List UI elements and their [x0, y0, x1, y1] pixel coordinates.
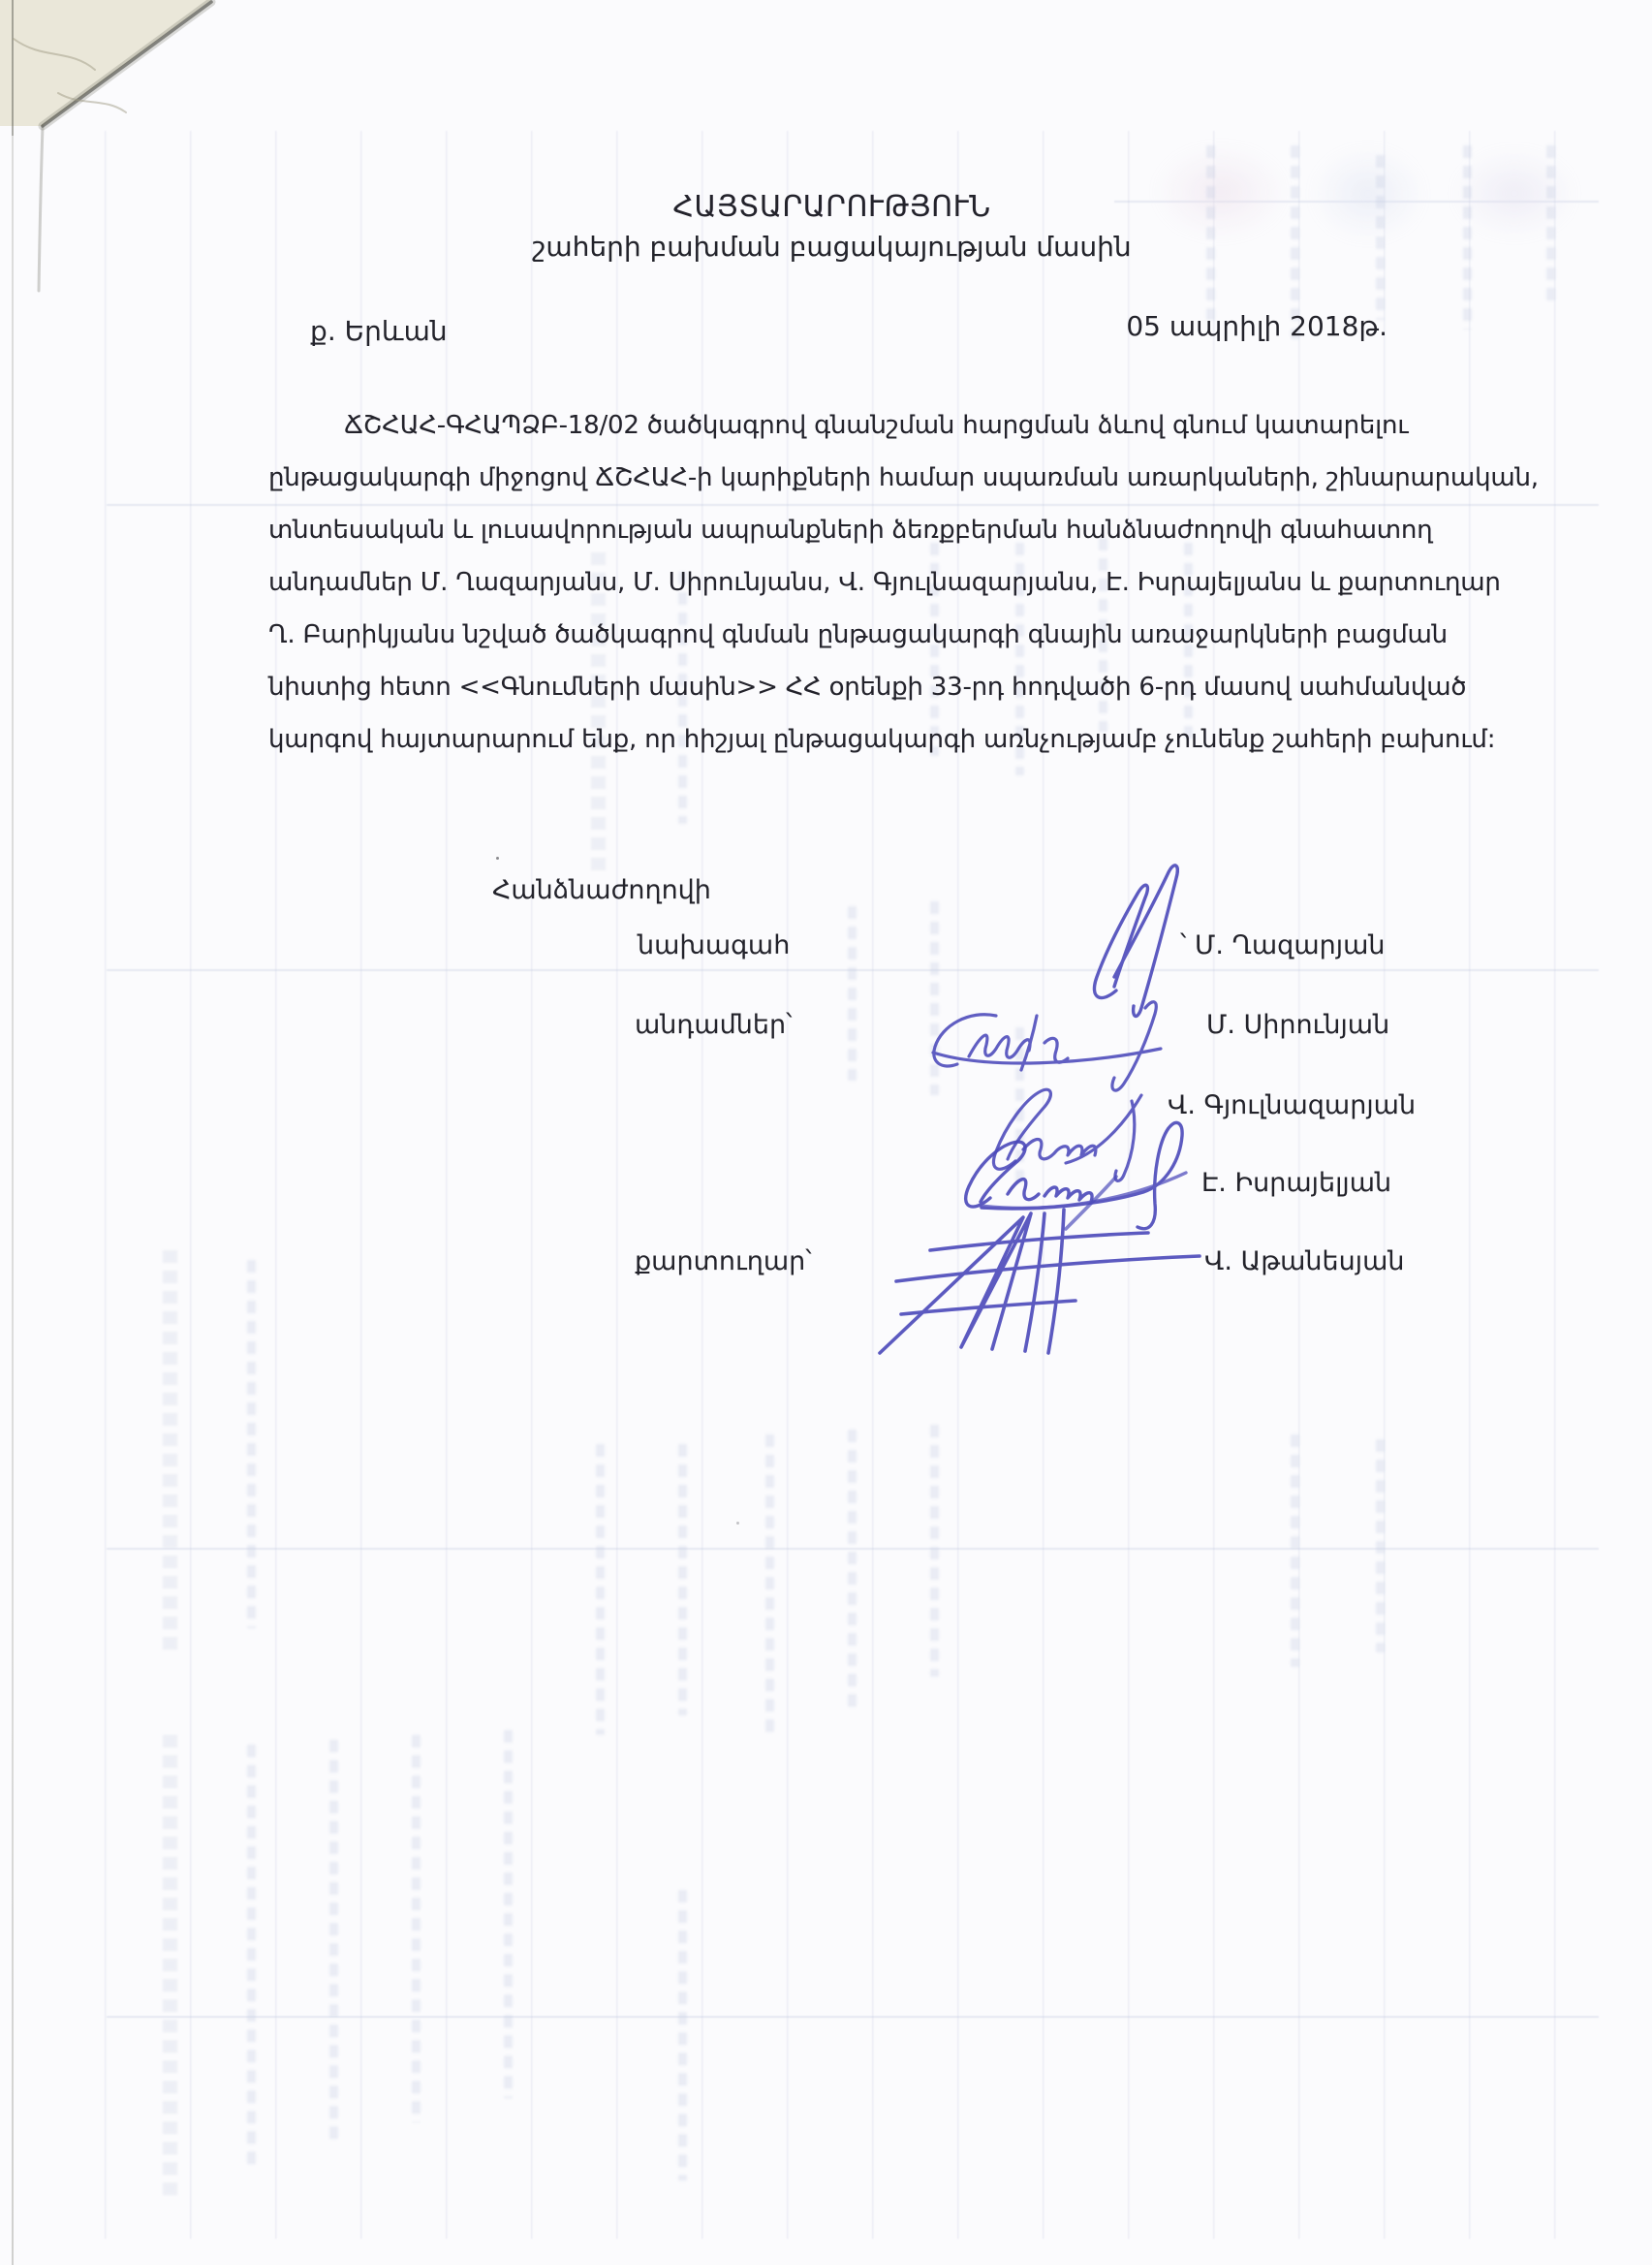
ghost-digits [329, 1740, 338, 2147]
paper-speck [736, 1522, 739, 1525]
ghost-digits [1463, 145, 1472, 330]
body-paragraph: ՃՇՀԱՀ-ԳՀԱՊՁԲ-18/02 ծածկագրով գնանշման հա… [268, 399, 1395, 766]
ghost-text-column [163, 1250, 177, 1657]
ghost-digits [848, 1430, 857, 1711]
ghost-digits [596, 1444, 605, 1735]
signer-name-ghazaryan: ՝ Մ. Ղազարյան [1180, 930, 1385, 960]
declaration-subtitle: շահերի բախման բացակայության մասին [268, 231, 1395, 263]
signature-ink-sirunyan [933, 1002, 1161, 1090]
ghost-digits [1291, 1434, 1299, 1667]
ghost-digits [765, 1434, 774, 1735]
bleed-through-table-layer [0, 0, 1652, 2265]
signer-name-sirunyan: Մ. Սիրունյան [1206, 1010, 1389, 1040]
ghost-text-column [163, 1735, 177, 2200]
signature-ink-ghazaryan [1094, 865, 1177, 1017]
ghost-digits [1376, 1439, 1385, 1652]
body-line: անդամներ Մ. Ղազարյանս, Մ. Սիրունյանս, Վ.… [268, 556, 1395, 609]
ghost-digits [930, 1425, 939, 1677]
scanner-edge-line [12, 0, 14, 2265]
body-line: Ղ. Բարիկյանս նշված ծածկագրով գնման ընթաց… [268, 609, 1395, 661]
signatures-ink-layer [0, 0, 1652, 2265]
ghost-row-line [107, 1548, 1599, 1550]
signature-block-heading: Հանձնաժողովի [492, 875, 711, 905]
corner-fold [0, 0, 233, 145]
body-line: ընթացակարգի միջոցով ՃՇՀԱՀ-ի կարիքների հա… [268, 452, 1395, 504]
signer-name-gyulnazaryan: Վ. Գյուլնազարյան [1168, 1090, 1416, 1120]
ghost-digits [678, 1444, 687, 1715]
signature-ink-gyulnazaryan [993, 1089, 1141, 1180]
ghost-digits [1546, 145, 1555, 300]
ghost-digits [504, 1730, 513, 2098]
scanned-declaration-page: ՀԱՅՏԱՐԱՐՈՒԹՅՈՒՆ շահերի բախման բացակայութ… [0, 0, 1652, 2265]
body-line: նիստից հետո <<Գնումների մասին>> ՀՀ օրենք… [268, 661, 1395, 713]
ghost-digits [412, 1735, 421, 2123]
ghost-digits [678, 1890, 687, 2181]
ghost-digits [848, 906, 857, 1081]
role-label-secretary: քարտուղար՝ [635, 1246, 812, 1276]
scan-edge-decoration [0, 0, 1652, 2265]
ghost-smudge [1451, 147, 1577, 239]
ghost-digits [930, 901, 939, 1095]
signer-name-atanesyan: Վ. Աթանեսյան [1204, 1246, 1405, 1276]
signature-ink-atanesyan [880, 1177, 1200, 1353]
role-label-members: անդամներ՝ [635, 1010, 793, 1040]
place-city: ք. Երևան [310, 315, 448, 347]
signer-name-israyelyan: Է. Իսրայելյան [1201, 1168, 1391, 1198]
ghost-row-line [107, 2016, 1599, 2018]
paper-speck [496, 857, 499, 860]
page-edge-left [39, 126, 43, 291]
issue-date: 05 ապրիլի 2018թ. [1126, 310, 1387, 342]
ghost-digits [247, 1260, 256, 1628]
body-line: կարգով հայտարարում ենք, որ հիշյալ ընթացա… [268, 713, 1395, 766]
body-line: տնտեսական և լուսավորության ապրանքների ձե… [268, 504, 1395, 556]
body-line: ՃՇՀԱՀ-ԳՀԱՊՁԲ-18/02 ծածկագրով գնանշման հա… [268, 399, 1395, 452]
role-label-chairman: նախագահ [638, 930, 790, 960]
ghost-row-line [107, 969, 1599, 971]
ghost-digits [1015, 1027, 1024, 1182]
declaration-title: ՀԱՅՏԱՐԱՐՈՒԹՅՈՒՆ [268, 190, 1395, 224]
ghost-digits [247, 1745, 256, 2171]
signature-ink-israyelyan [966, 1122, 1186, 1228]
